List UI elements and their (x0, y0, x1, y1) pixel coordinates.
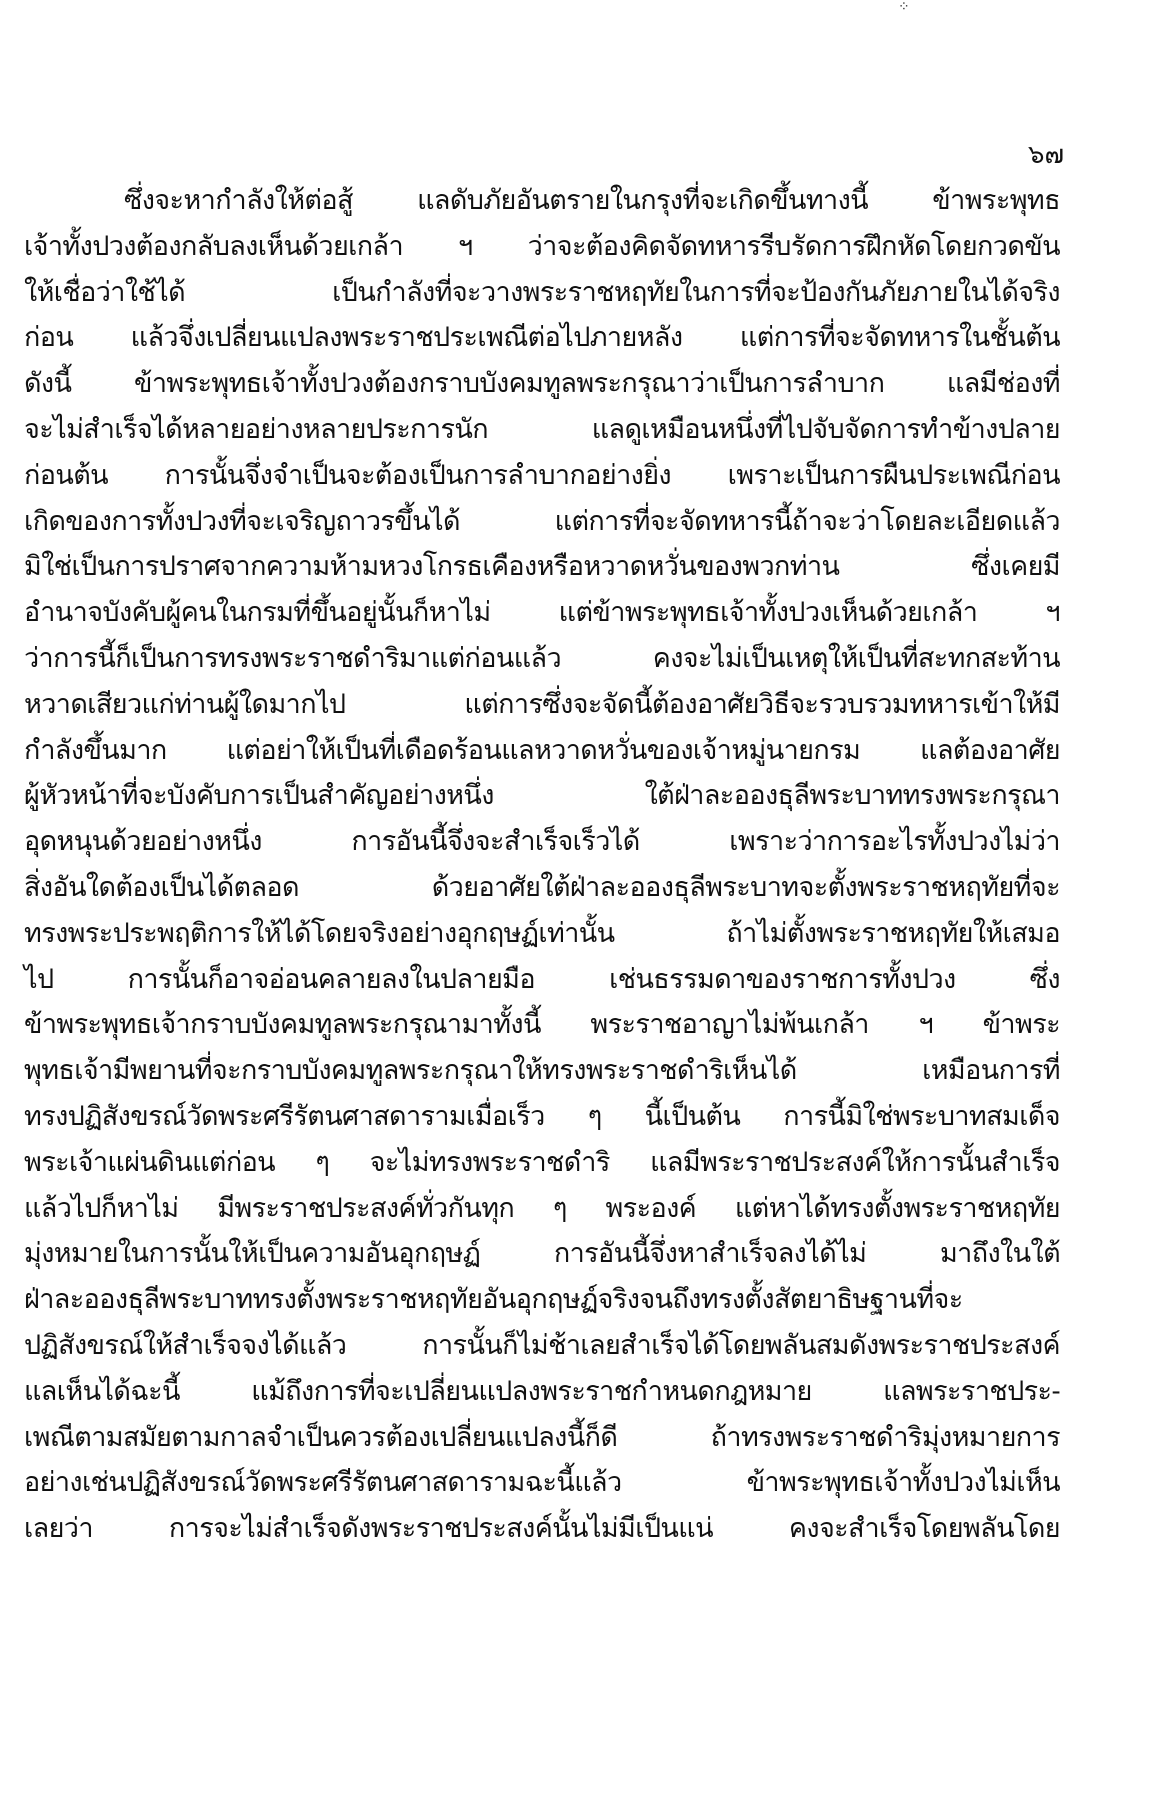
page-number: ๖๗ (1028, 140, 1064, 170)
text-line: พุทธเจ้ามีพยานที่จะกราบบังคมทูลพระกรุณาใ… (24, 1048, 1060, 1094)
document-page: ⁘ ๖๗ ซึ่งจะหากำลังให้ต่อสู้ แลดับภัยอันต… (0, 0, 1167, 1800)
text-line: ปฏิสังขรณ์ให้สำเร็จจงได้แล้ว การนั้นก็ไม… (24, 1323, 1060, 1369)
text-line: สิ่งอันใดต้องเป็นได้ตลอด ด้วยอาศัยใต้ฝ่า… (24, 865, 1060, 911)
text-line: แลเห็นได้ฉะนี้ แม้ถึงการที่จะเปลี่ยนแปลง… (24, 1369, 1060, 1415)
text-line: มิใช่เป็นการปราศจากความห้ามหวงโกรธเคืองห… (24, 544, 1060, 590)
text-line: อำนาจบังคับผู้คนในกรมที่ขึ้นอยู่นั้นก็หา… (24, 590, 1060, 636)
text-line: ผู้หัวหน้าที่จะบังคับการเป็นสำคัญอย่างหน… (24, 773, 1060, 819)
text-line: ทรงปฏิสังขรณ์วัดพระศรีรัตนศาสดารามเมื่อเ… (24, 1094, 1060, 1140)
text-line: ก่อนต้น การนั้นจึ่งจำเป็นจะต้องเป็นการลำ… (24, 453, 1060, 499)
scan-artifact-mark: ⁘ (898, 0, 912, 14)
text-line: อย่างเช่นปฏิสังขรณ์วัดพระศรีรัตนศาสดาราม… (24, 1460, 1060, 1506)
text-line: ให้เชื่อว่าใช้ได้ เป็นกำลังที่จะวางพระรา… (24, 270, 1060, 316)
text-line: ซึ่งจะหากำลังให้ต่อสู้ แลดับภัยอันตรายใน… (24, 178, 1060, 224)
text-line: เพณีตามสมัยตามกาลจำเป็นควรต้องเปลี่ยนแปล… (24, 1415, 1060, 1461)
text-line: ข้าพระพุทธเจ้ากราบบังคมทูลพระกรุณามาทั้ง… (24, 1002, 1060, 1048)
text-line: ว่าการนี้ก็เป็นการทรงพระราชดำริมาแต่ก่อน… (24, 636, 1060, 682)
text-line: หวาดเสียวแก่ท่านผู้ใดมากไป แต่การซึ่งจะจ… (24, 682, 1060, 728)
text-line: เจ้าทั้งปวงต้องกลับลงเห็นด้วยเกล้า ฯ ว่า… (24, 224, 1060, 270)
text-line: พระเจ้าแผ่นดินแต่ก่อน ๆ จะไม่ทรงพระราชดำ… (24, 1140, 1060, 1186)
text-line: มุ่งหมายในการนั้นให้เป็นความอันอุกฤษฏ์ ก… (24, 1231, 1060, 1277)
text-line: แล้วไปก็หาไม่ มีพระราชประสงค์ทั่วกันทุก … (24, 1186, 1060, 1232)
text-line: กำลังขึ้นมาก แต่อย่าให้เป็นที่เดือดร้อนแ… (24, 728, 1060, 774)
text-line: จะไม่สำเร็จได้หลายอย่างหลายประการนัก แลด… (24, 407, 1060, 453)
text-line: ไป การนั้นก็อาจอ่อนคลายลงในปลายมือ เช่นธ… (24, 957, 1060, 1003)
text-line: อุดหนุนด้วยอย่างหนึ่ง การอันนี้จึ่งจะสำเ… (24, 819, 1060, 865)
text-line: เลยว่า การจะไม่สำเร็จดังพระราชประสงค์นั้… (24, 1506, 1060, 1552)
text-line: ก่อน แล้วจึ่งเปลี่ยนแปลงพระราชประเพณีต่อ… (24, 315, 1060, 361)
body-text: ซึ่งจะหากำลังให้ต่อสู้ แลดับภัยอันตรายใน… (24, 178, 1060, 1552)
text-line: ฝ่าละอองธุลีพระบาททรงตั้งพระราชหฤทัยอันอ… (24, 1277, 1060, 1323)
text-line: ทรงพระประพฤติการให้ได้โดยจริงอย่างอุกฤษฏ… (24, 911, 1060, 957)
text-line: เกิดของการทั้งปวงที่จะเจริญถาวรขึ้นได้ แ… (24, 499, 1060, 545)
text-line: ดังนี้ ข้าพระพุทธเจ้าทั้งปวงต้องกราบบังค… (24, 361, 1060, 407)
